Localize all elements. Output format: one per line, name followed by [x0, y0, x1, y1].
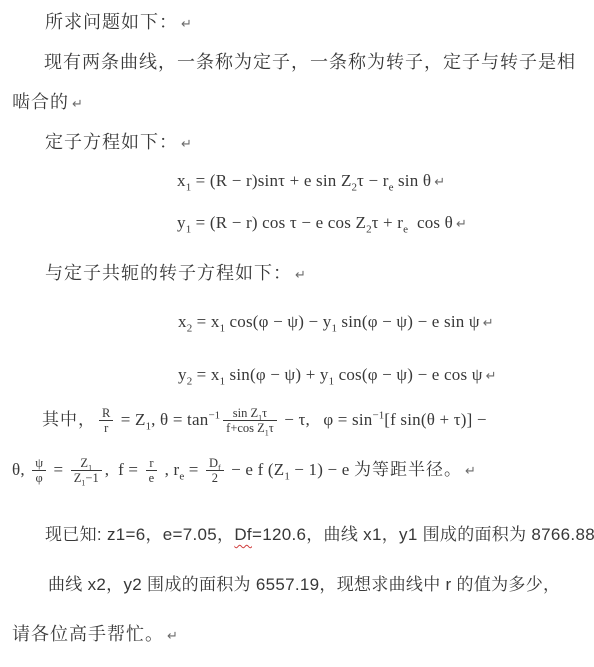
- stator-equation-y1: y1 = (R − r) cos τ − e cos Z2τ + re cos …: [177, 213, 467, 233]
- stator-equation-x1: x1 = (R − r)sinτ + e sin Z2τ − re sin θ↵: [177, 171, 445, 191]
- problem-description-line-1: 现有两条曲线，一条称为定子，一条称为转子，定子与转子是相: [44, 48, 576, 74]
- fraction: sin Z1τf+cos Z1τ: [223, 406, 277, 436]
- paragraph-mark-icon: ↵: [465, 464, 476, 479]
- paragraph-mark-icon: ↵: [483, 316, 494, 331]
- known-values-line-2: 曲线 x2，y2 围成的面积为 6557.19，现想求曲线中 r 的值为多少，: [48, 570, 560, 595]
- paragraph-mark-icon: ↵: [456, 217, 467, 232]
- definitions-line-1: 其中，Rr = Z1, θ = tan−1sin Z1τf+cos Z1τ − …: [42, 398, 487, 442]
- fraction: Z1Z1−1: [71, 456, 102, 486]
- fraction: Rr: [99, 406, 113, 436]
- paragraph-mark-icon: ↵: [72, 97, 83, 112]
- fraction: re: [146, 456, 158, 486]
- stator-equations-heading: 定子方程如下：↵: [45, 128, 192, 154]
- known-values-line-1: 现已知: z1=6，e=7.05，Df=120.6，曲线 x1，y1 围成的面积…: [45, 520, 594, 545]
- rotor-equation-y2: y2 = x1 sin(φ − ψ) + y1 cos(φ − ψ) − e c…: [178, 365, 496, 385]
- problem-description-line-2: 啮合的↵: [12, 88, 83, 114]
- document-page: 所求问题如下：↵ 现有两条曲线，一条称为定子，一条称为转子，定子与转子是相 啮合…: [0, 0, 594, 667]
- fraction: Df2: [206, 456, 224, 486]
- paragraph-mark-icon: ↵: [167, 629, 178, 644]
- fraction: ψφ: [32, 456, 46, 486]
- closing-request-line: 请各位高手帮忙。↵: [12, 620, 178, 646]
- paragraph-mark-icon: ↵: [295, 268, 306, 283]
- intro-line: 所求问题如下：↵: [45, 8, 192, 34]
- paragraph-mark-icon: ↵: [181, 17, 192, 32]
- paragraph-mark-icon: ↵: [181, 137, 192, 152]
- paragraph-mark-icon: ↵: [434, 175, 445, 190]
- paragraph-mark-icon: ↵: [486, 369, 497, 384]
- rotor-equations-heading: 与定子共轭的转子方程如下：↵: [45, 259, 306, 285]
- rotor-equation-x2: x2 = x1 cos(φ − ψ) − y1 sin(φ − ψ) − e s…: [178, 312, 494, 332]
- definitions-line-2: θ, ψφ = Z1Z1−1, f = re , re = Df2 − e f …: [12, 448, 476, 494]
